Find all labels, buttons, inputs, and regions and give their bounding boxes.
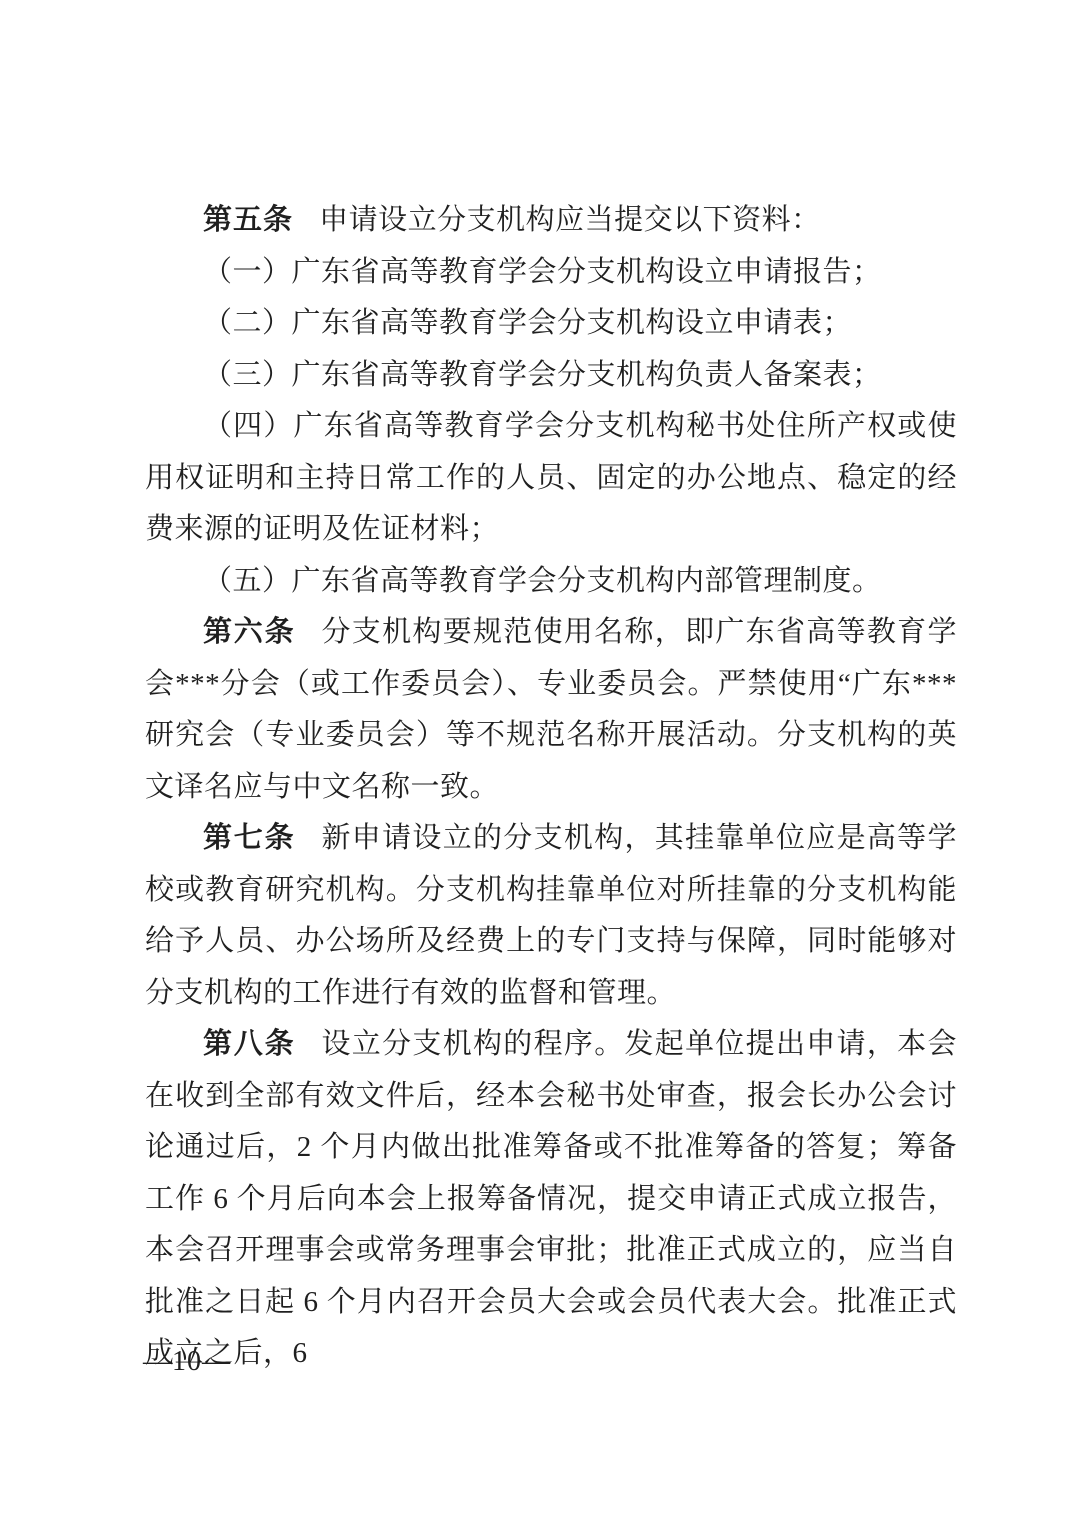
paragraph-text: （二）广东省高等教育学会分支机构设立申请表； [203, 307, 852, 339]
document-paragraph: （一）广东省高等教育学会分支机构设立申请报告； [145, 247, 957, 299]
paragraph-text: （四）广东省高等教育学会分支机构秘书处住所产权或使用权证明和主持日常工作的人员、… [145, 410, 957, 545]
document-paragraph: （四）广东省高等教育学会分支机构秘书处住所产权或使用权证明和主持日常工作的人员、… [145, 401, 957, 556]
paragraph-text: 申请设立分支机构应当提交以下资料： [319, 204, 821, 236]
document-paragraph: 第五条申请设立分支机构应当提交以下资料： [145, 195, 957, 247]
document-paragraph: 第七条新申请设立的分支机构，其挂靠单位应是高等学校或教育研究机构。分支机构挂靠单… [145, 813, 957, 1019]
article-number-label: 第七条 [203, 822, 295, 854]
paragraph-text: （五）广东省高等教育学会分支机构内部管理制度。 [203, 565, 882, 597]
document-paragraph: （二）广东省高等教育学会分支机构设立申请表； [145, 298, 957, 350]
document-paragraph: （三）广东省高等教育学会分支机构负责人备案表； [145, 350, 957, 402]
document-paragraph: （五）广东省高等教育学会分支机构内部管理制度。 [145, 556, 957, 608]
page-number: —10— [143, 1345, 231, 1379]
article-number-label: 第八条 [203, 1028, 295, 1060]
paragraph-text: 设立分支机构的程序。发起单位提出申请，本会在收到全部有效文件后，经本会秘书处审查… [145, 1028, 957, 1369]
article-number-label: 第六条 [203, 616, 295, 648]
article-number-label: 第五条 [203, 204, 293, 236]
paragraph-text: （一）广东省高等教育学会分支机构设立申请报告； [203, 256, 882, 288]
paragraph-text: （三）广东省高等教育学会分支机构负责人备案表； [203, 359, 882, 391]
document-paragraph: 第六条分支机构要规范使用名称，即广东省高等教育学会***分会（或工作委员会）、专… [145, 607, 957, 813]
document-body: 第五条申请设立分支机构应当提交以下资料： （一）广东省高等教育学会分支机构设立申… [145, 195, 957, 1380]
document-page: 第五条申请设立分支机构应当提交以下资料： （一）广东省高等教育学会分支机构设立申… [0, 0, 1080, 1528]
document-paragraph: 第八条设立分支机构的程序。发起单位提出申请，本会在收到全部有效文件后，经本会秘书… [145, 1019, 957, 1380]
